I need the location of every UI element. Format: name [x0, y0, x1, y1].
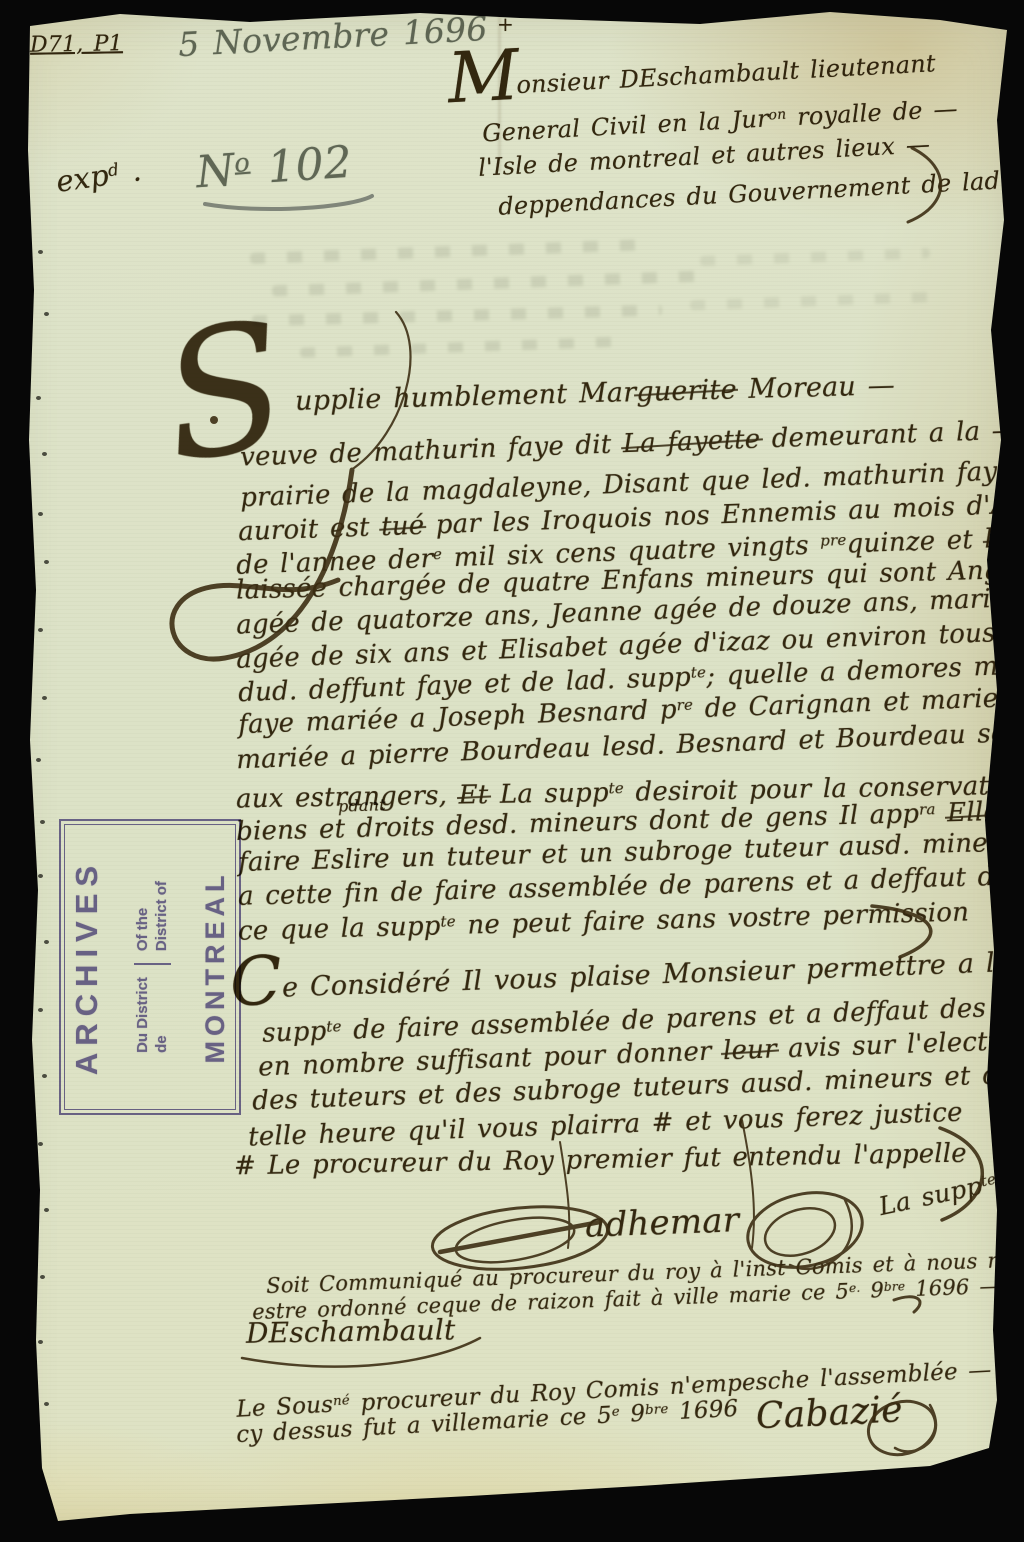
text-segment: Cabazié [755, 1389, 904, 1438]
text-segment: + [497, 12, 514, 36]
text-segment: on [768, 107, 787, 124]
text-segment: La supp [876, 1171, 985, 1221]
manuscript-text-layer: D71, P15 Novembre 1696+expd .No 102Monsi… [0, 0, 1024, 1542]
stitch-hole [40, 1275, 45, 1279]
petition-line: Supplie humblement Marguerite Moreau — [295, 372, 896, 415]
text-segment: DEschambault [246, 1313, 456, 1350]
expedition-note: expd . [54, 156, 143, 197]
stamp-fr-line1: Du District [134, 977, 153, 1053]
text-segment: 1696 [668, 1396, 739, 1426]
signature-deschambault: DEschambault [246, 1316, 456, 1348]
text-segment: upplie humblement Mar [295, 377, 637, 417]
stitch-hole [38, 628, 43, 632]
text-segment: M [446, 35, 518, 119]
text-segment: veuve de mathurin faye dit [240, 429, 624, 472]
stamp-en-line2: District of [153, 881, 172, 951]
text-segment: royalle de — [786, 95, 959, 132]
stitch-hole [40, 820, 45, 824]
text-segment: supp [262, 1016, 327, 1048]
text-segment: Elle desiroit [947, 794, 1024, 828]
stitch-hole [38, 1008, 43, 1012]
stitch-hole [42, 452, 47, 456]
text-segment: N [194, 145, 236, 199]
text-segment: auroit est [238, 512, 382, 547]
text-segment: 1696 — [905, 1274, 1001, 1301]
stamp-en-line1: Of the [134, 881, 153, 951]
text-segment: D71, P1 [30, 31, 123, 58]
stitch-hole [36, 396, 41, 400]
text-segment: demeurant a la — [760, 415, 1019, 454]
text-segment: 9 [619, 1401, 646, 1428]
text-segment: exp [54, 158, 111, 199]
signature-cabazie: Cabazié [755, 1392, 903, 1436]
text-segment: te [608, 779, 624, 797]
text-segment: te [326, 1017, 342, 1036]
petitioner-note: La suppte [877, 1170, 999, 1219]
text-segment: adhemar [584, 1200, 740, 1245]
text-segment: né [333, 1393, 351, 1409]
stitch-hole [44, 1208, 49, 1212]
text-segment: La fayette [622, 424, 760, 459]
stamp-fr-line2: de [153, 977, 172, 1053]
stitch-hole [44, 312, 49, 316]
text-segment: tué [381, 511, 425, 542]
text-segment: e Considéré Il vous plaise Monsieur perm… [282, 946, 1024, 1004]
document-number: No 102 [195, 141, 354, 196]
text-segment: e. [849, 1281, 861, 1295]
stamp-english-text: Of the District of [134, 881, 172, 965]
text-segment: te [980, 1172, 998, 1191]
text-segment: guerite [636, 374, 737, 408]
text-segment: avis sur l'election [776, 1026, 1024, 1065]
pencil-date: 5 Novembre 1696 [177, 12, 488, 61]
text-segment: le [984, 524, 1009, 555]
scanned-manuscript-page: D71, P15 Novembre 1696+expd .No 102Monsi… [0, 0, 1024, 1542]
stitch-hole [42, 696, 47, 700]
text-segment: quinze et [846, 525, 985, 560]
text-segment: pdant [338, 795, 386, 816]
stamp-city: MONTREAL [200, 831, 231, 1103]
text-segment: te [690, 663, 706, 682]
signature-greffier: adhemar [584, 1203, 739, 1242]
text-segment: 102 [249, 137, 354, 195]
insertion-note: pdant [338, 797, 386, 815]
stitch-hole [38, 250, 43, 254]
text-segment: auroit — [1008, 519, 1024, 553]
archival-reference: D71, P1 [30, 33, 123, 57]
archives-stamp-frame: ARCHIVES Du District de Of the District … [64, 824, 236, 1110]
stitch-hole [36, 758, 41, 762]
stitch-hole [38, 1340, 43, 1344]
stitch-hole [42, 1074, 47, 1078]
text-segment: 9 [860, 1278, 884, 1303]
registration-cross: + [497, 14, 514, 34]
stamp-french-text: Du District de [134, 965, 172, 1053]
text-segment: onsieur DEschambault lieutenant [516, 49, 937, 99]
text-segment: Et [458, 780, 488, 811]
text-segment: bre [645, 1402, 669, 1418]
stitch-hole [44, 940, 49, 944]
text-segment: pre [820, 531, 847, 550]
stitch-hole [38, 874, 43, 878]
document-paper: D71, P15 Novembre 1696+expd .No 102Monsi… [0, 0, 1024, 1542]
text-segment: . [117, 153, 143, 190]
archives-stamp: ARCHIVES Du District de Of the District … [59, 819, 241, 1115]
text-segment: Moreau — [736, 370, 895, 405]
address-line: Monsieur DEschambault lieutenant [448, 51, 937, 101]
text-segment: 5 Novembre 1696 [177, 9, 488, 64]
stamp-title: ARCHIVES [69, 831, 105, 1103]
text-segment: te [440, 912, 456, 930]
text-segment: La supp [488, 778, 609, 810]
text-segment: leur [723, 1034, 778, 1066]
text-segment: bre [884, 1279, 906, 1294]
text-segment: re [676, 696, 693, 715]
stitch-hole [44, 560, 49, 564]
stitch-hole [44, 1402, 49, 1406]
stitch-hole [38, 1142, 43, 1146]
text-segment: ra [919, 800, 936, 818]
stitch-hole [38, 512, 43, 516]
consideration-line: Ce Considéré Il vous plaise Monsieur per… [230, 948, 1024, 1004]
